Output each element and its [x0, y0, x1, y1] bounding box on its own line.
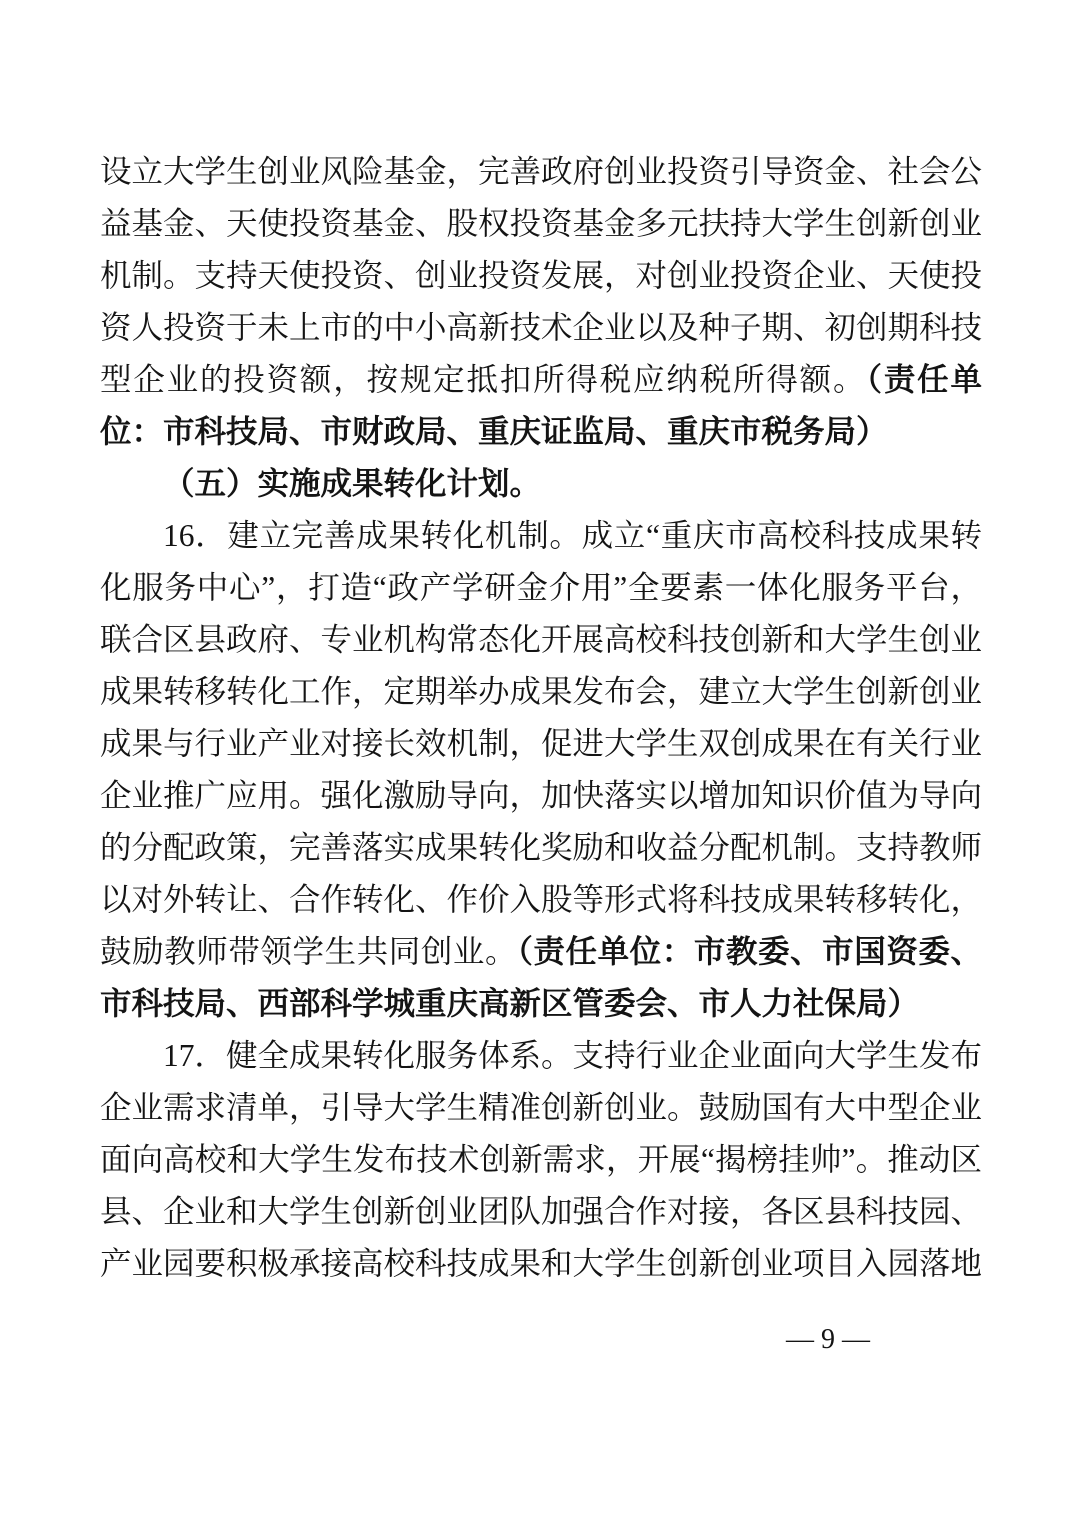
page-number: — 9 —: [786, 1322, 870, 1358]
text-segment: 17．健全成果转化服务体系。支持行业企业面向大学生发布企业需求清单，引导大学生精…: [100, 1038, 982, 1281]
text-segment: 设立大学生创业风险基金，完善政府创业投资引导资金、社会公益基金、天使投资基金、股…: [100, 154, 982, 397]
section-heading-5: （五）实施成果转化计划。: [100, 458, 982, 510]
paragraph-item-16: 16．建立完善成果转化机制。成立“重庆市高校科技成果转化服务中心”，打造“政产学…: [100, 510, 982, 1030]
bold-text-segment: （五）实施成果转化计划。: [163, 466, 541, 501]
page-footer: — 9 —: [0, 1322, 1080, 1362]
paragraph-continuation: 设立大学生创业风险基金，完善政府创业投资引导资金、社会公益基金、天使投资基金、股…: [100, 146, 982, 458]
document-body: 设立大学生创业风险基金，完善政府创业投资引导资金、社会公益基金、天使投资基金、股…: [100, 146, 982, 1290]
text-segment: 16．建立完善成果转化机制。成立“重庆市高校科技成果转化服务中心”，打造“政产学…: [100, 518, 982, 969]
paragraph-item-17: 17．健全成果转化服务体系。支持行业企业面向大学生发布企业需求清单，引导大学生精…: [100, 1030, 982, 1290]
document-page: 设立大学生创业风险基金，完善政府创业投资引导资金、社会公益基金、天使投资基金、股…: [0, 0, 1080, 1528]
